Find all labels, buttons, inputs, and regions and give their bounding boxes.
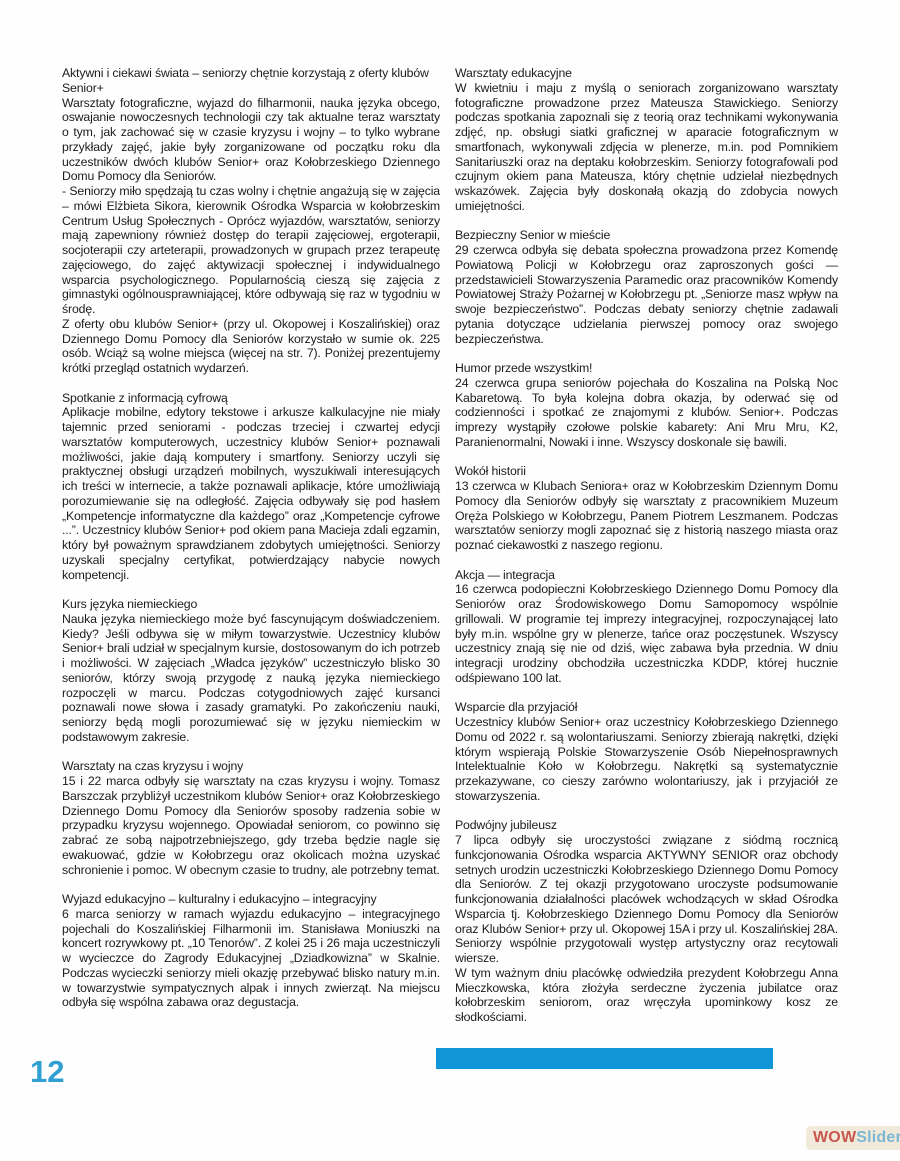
- section-heading: Warsztaty edukacyjne: [455, 66, 838, 81]
- section-body: 7 lipca odbyły się uroczystości związane…: [455, 833, 838, 1025]
- section-heading: Bezpieczny Senior w mieście: [455, 228, 838, 243]
- section-heading: Kurs języka niemieckiego: [62, 597, 440, 612]
- section-body: Aplikacje mobilne, edytory tekstowe i ar…: [62, 405, 440, 582]
- wowslider-badge[interactable]: WOWSlider: [806, 1126, 900, 1150]
- section-heading: Wokół historii: [455, 464, 838, 479]
- wowslider-slider-label: Slider: [856, 1129, 900, 1147]
- article-section: Aktywni i ciekawi świata – seniorzy chęt…: [62, 66, 440, 376]
- section-heading: Akcja — integracja: [455, 568, 838, 583]
- article-section: Kurs języka niemieckiego Nauka języka ni…: [62, 597, 440, 745]
- section-body: 29 czerwca odbyła się debata społeczna p…: [455, 243, 838, 346]
- section-heading: Aktywni i ciekawi świata – seniorzy chęt…: [62, 66, 440, 96]
- section-heading: Warsztaty na czas kryzysu i wojny: [62, 759, 440, 774]
- section-heading: Wsparcie dla przyjaciół: [455, 700, 838, 715]
- right-column: Warsztaty edukacyjne W kwietniu i maju z…: [455, 66, 838, 1025]
- article-section: Wokół historii 13 czerwca w Klubach Seni…: [455, 464, 838, 553]
- article-section: Humor przede wszystkim! 24 czerwca grupa…: [455, 361, 838, 450]
- newsletter-page: Aktywni i ciekawi świata – seniorzy chęt…: [0, 0, 900, 1161]
- page-number: 12: [30, 1054, 64, 1090]
- section-body: Uczestnicy klubów Senior+ oraz uczestnic…: [455, 715, 838, 804]
- section-body: 6 marca seniorzy w ramach wyjazdu edukac…: [62, 907, 440, 1010]
- article-section: Akcja — integracja 16 czerwca podopieczn…: [455, 568, 838, 686]
- section-body: Warsztaty fotograficzne, wyjazd do filha…: [62, 96, 440, 376]
- article-section: Warsztaty edukacyjne W kwietniu i maju z…: [455, 66, 838, 214]
- section-heading: Humor przede wszystkim!: [455, 361, 838, 376]
- left-column: Aktywni i ciekawi świata – seniorzy chęt…: [62, 66, 440, 1010]
- article-section: Bezpieczny Senior w mieście 29 czerwca o…: [455, 228, 838, 346]
- section-heading: Wyjazd edukacyjno – kulturalny i edukacy…: [62, 892, 440, 907]
- article-section: Spotkanie z informacją cyfrową Aplikacje…: [62, 391, 440, 583]
- section-body: 15 i 22 marca odbyły się warsztaty na cz…: [62, 774, 440, 877]
- article-section: Wyjazd edukacyjno – kulturalny i edukacy…: [62, 892, 440, 1010]
- article-section: Wsparcie dla przyjaciół Uczestnicy klubó…: [455, 700, 838, 803]
- section-body: 13 czerwca w Klubach Seniora+ oraz w Koł…: [455, 479, 838, 553]
- wowslider-wow-label: WOW: [813, 1129, 856, 1147]
- footer-accent-bar: [436, 1048, 773, 1069]
- section-body: 16 czerwca podopieczni Kołobrzeskiego Dz…: [455, 582, 838, 685]
- section-heading: Podwójny jubileusz: [455, 818, 838, 833]
- section-body: 24 czerwca grupa seniorów pojechała do K…: [455, 376, 838, 450]
- section-body: Nauka języka niemieckiego może być fascy…: [62, 612, 440, 745]
- article-section: Warsztaty na czas kryzysu i wojny 15 i 2…: [62, 759, 440, 877]
- article-section: Podwójny jubileusz 7 lipca odbyły się ur…: [455, 818, 838, 1025]
- section-heading: Spotkanie z informacją cyfrową: [62, 391, 440, 406]
- section-body: W kwietniu i maju z myślą o seniorach zo…: [455, 81, 838, 214]
